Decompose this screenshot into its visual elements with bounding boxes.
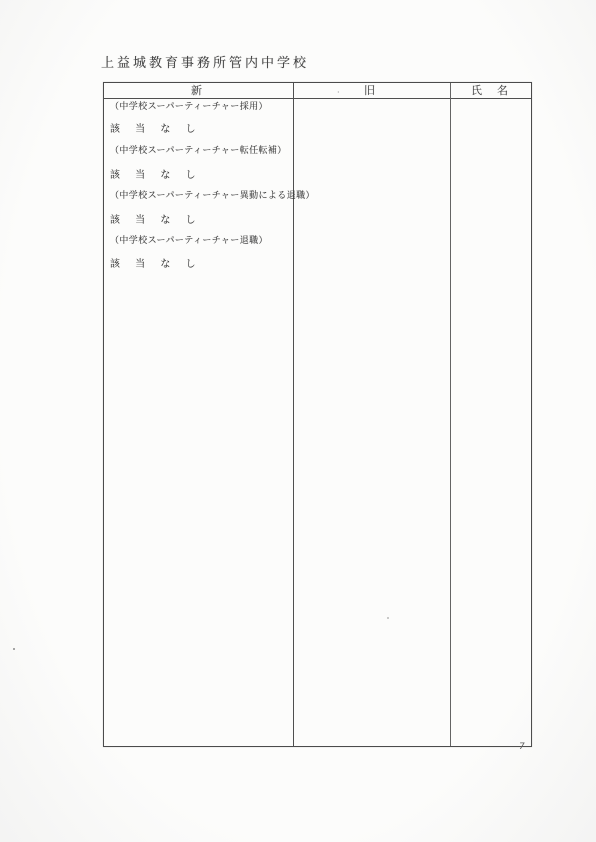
none-applicable-text: 該 当 な し (110, 255, 202, 270)
category-heading-retirement-by-transfer: （中学校スーパーティーチャー異動による退職） (110, 188, 315, 201)
column-header-old: 旧 (293, 84, 450, 97)
page-number-mark: 7 (519, 742, 525, 752)
category-heading-hiring: （中学校スーパーティーチャー採用） (110, 99, 268, 112)
scan-speck (387, 617, 389, 619)
scan-speck (13, 648, 15, 650)
none-applicable-text: 該 当 な し (110, 211, 202, 226)
category-heading-transfer: （中学校スーパーティーチャー転任転補） (110, 143, 287, 156)
document-title: 上益城教育事務所管内中学校 (101, 52, 309, 71)
scanned-document-page: 上益城教育事務所管内中学校 新 · 旧 氏 名 （中学校スーパーティーチャー採用… (0, 0, 596, 842)
none-applicable-text: 該 当 な し (110, 166, 202, 181)
none-applicable-text: 該 当 な し (110, 120, 202, 135)
column-header-new: 新 (104, 84, 293, 97)
column-divider-2 (450, 83, 451, 746)
column-divider-1 (293, 83, 294, 746)
personnel-table: 新 · 旧 氏 名 （中学校スーパーティーチャー採用） 該 当 な し （中学校… (103, 82, 532, 747)
column-header-name: 氏 名 (450, 84, 531, 97)
category-heading-retirement: （中学校スーパーティーチャー退職） (110, 233, 268, 246)
